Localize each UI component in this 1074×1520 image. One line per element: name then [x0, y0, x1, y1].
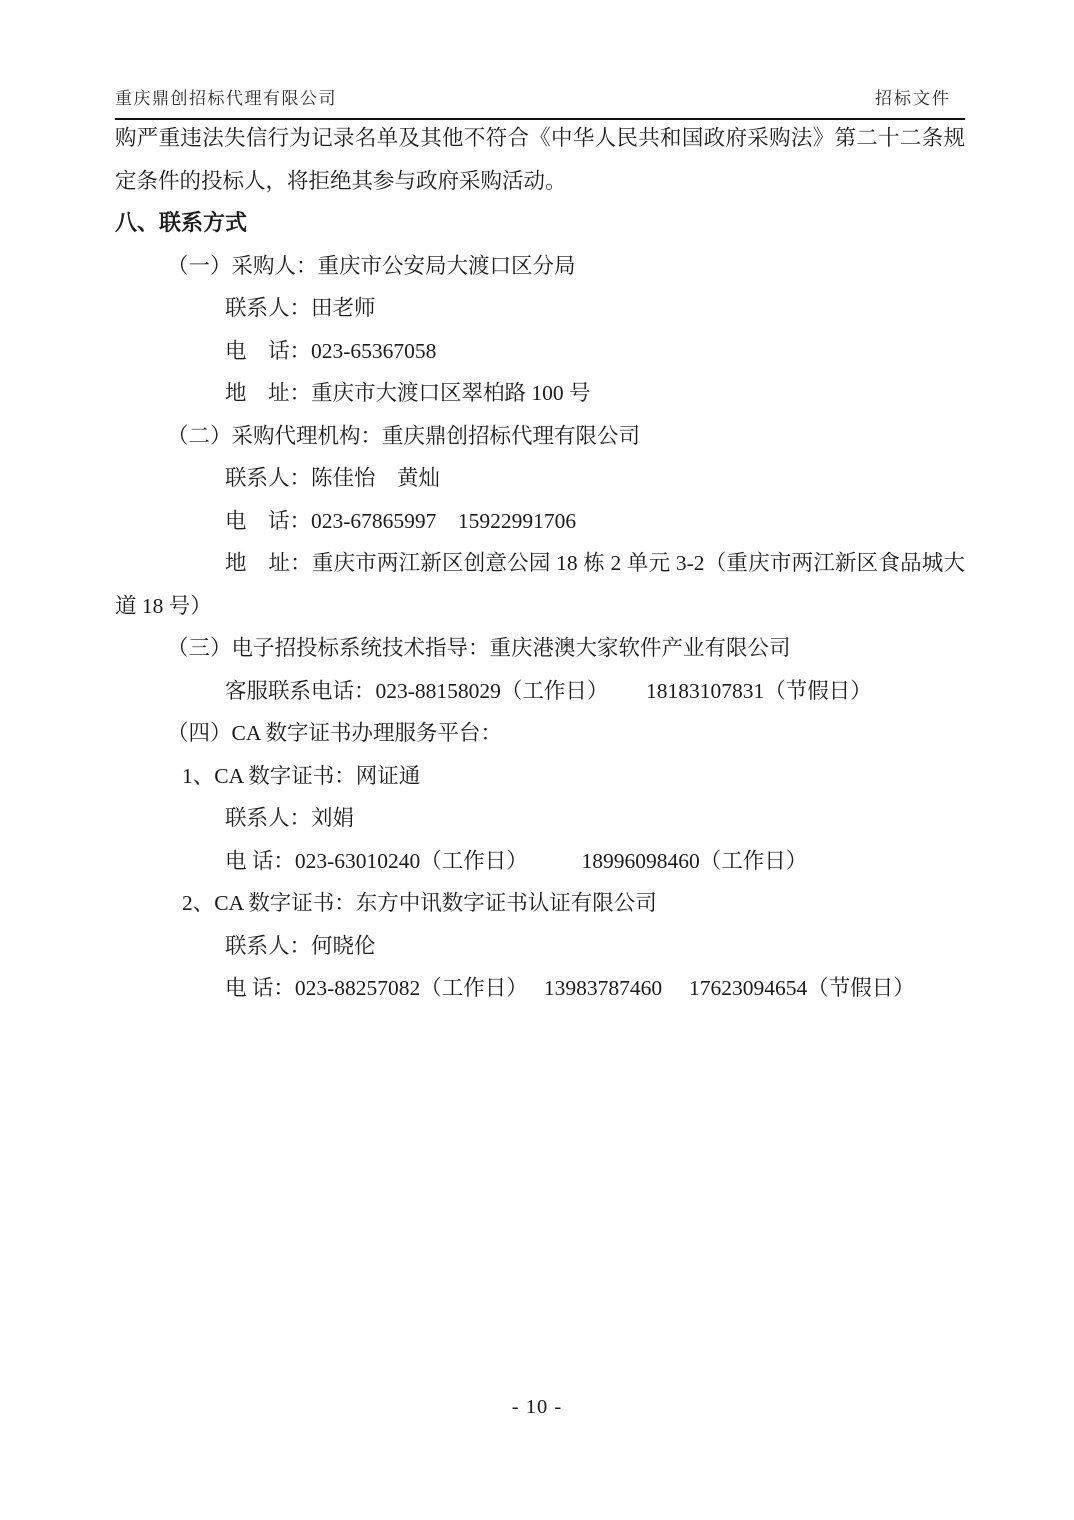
doc-line: （四）CA 数字证书办理服务平台： — [115, 712, 965, 755]
doc-line: 联系人：田老师 — [115, 287, 965, 330]
document-body: 购严重违法失信行为记录名单及其他不符合《中华人民共和国政府采购法》第二十二条规定… — [115, 117, 965, 1010]
header-company-name: 重庆鼎创招标代理有限公司 — [115, 84, 337, 109]
doc-line: 电 话：023-67865997 15922991706 — [115, 500, 965, 543]
doc-line: （一）采购人：重庆市公安局大渡口区分局 — [115, 245, 965, 288]
doc-line: 2、CA 数字证书：东方中讯数字证书认证有限公司 — [115, 882, 965, 925]
doc-line: 道 18 号） — [115, 585, 965, 628]
doc-line: 电 话：023-88257082（工作日） 13983787460 176230… — [115, 967, 965, 1010]
doc-line: 联系人：刘娟 — [115, 797, 965, 840]
doc-line: 电 话：023-63010240（工作日） 18996098460（工作日） — [115, 840, 965, 883]
doc-line: 定条件的投标人，将拒绝其参与政府采购活动。 — [115, 160, 965, 203]
page-header-row: 重庆鼎创招标代理有限公司 招标文件 — [115, 84, 965, 109]
doc-line: （二）采购代理机构：重庆鼎创招标代理有限公司 — [115, 415, 965, 458]
document-page: 重庆鼎创招标代理有限公司 招标文件 购严重违法失信行为记录名单及其他不符合《中华… — [0, 0, 1074, 1520]
doc-line: 联系人：何晓伦 — [115, 925, 965, 968]
doc-line: （三）电子招投标系统技术指导：重庆港澳大家软件产业有限公司 — [115, 627, 965, 670]
page-footer: - 10 - — [0, 1396, 1074, 1419]
doc-line: 地 址：重庆市大渡口区翠柏路 100 号 — [115, 372, 965, 415]
doc-line: 购严重违法失信行为记录名单及其他不符合《中华人民共和国政府采购法》第二十二条规 — [115, 117, 965, 160]
doc-line: 联系人：陈佳怡 黄灿 — [115, 457, 965, 500]
doc-line: 客服联系电话：023-88158029（工作日） 18183107831（节假日… — [115, 670, 965, 713]
page-number: - 10 - — [512, 1396, 562, 1418]
page-header: 重庆鼎创招标代理有限公司 招标文件 — [115, 84, 965, 120]
doc-line: 1、CA 数字证书：网证通 — [115, 755, 965, 798]
doc-line: 地 址：重庆市两江新区创意公园 18 栋 2 单元 3-2（重庆市两江新区食品城… — [115, 542, 965, 585]
doc-line: 电 话：023-65367058 — [115, 330, 965, 373]
section-heading: 八、联系方式 — [115, 202, 965, 245]
header-doc-type-label: 招标文件 — [875, 84, 965, 109]
